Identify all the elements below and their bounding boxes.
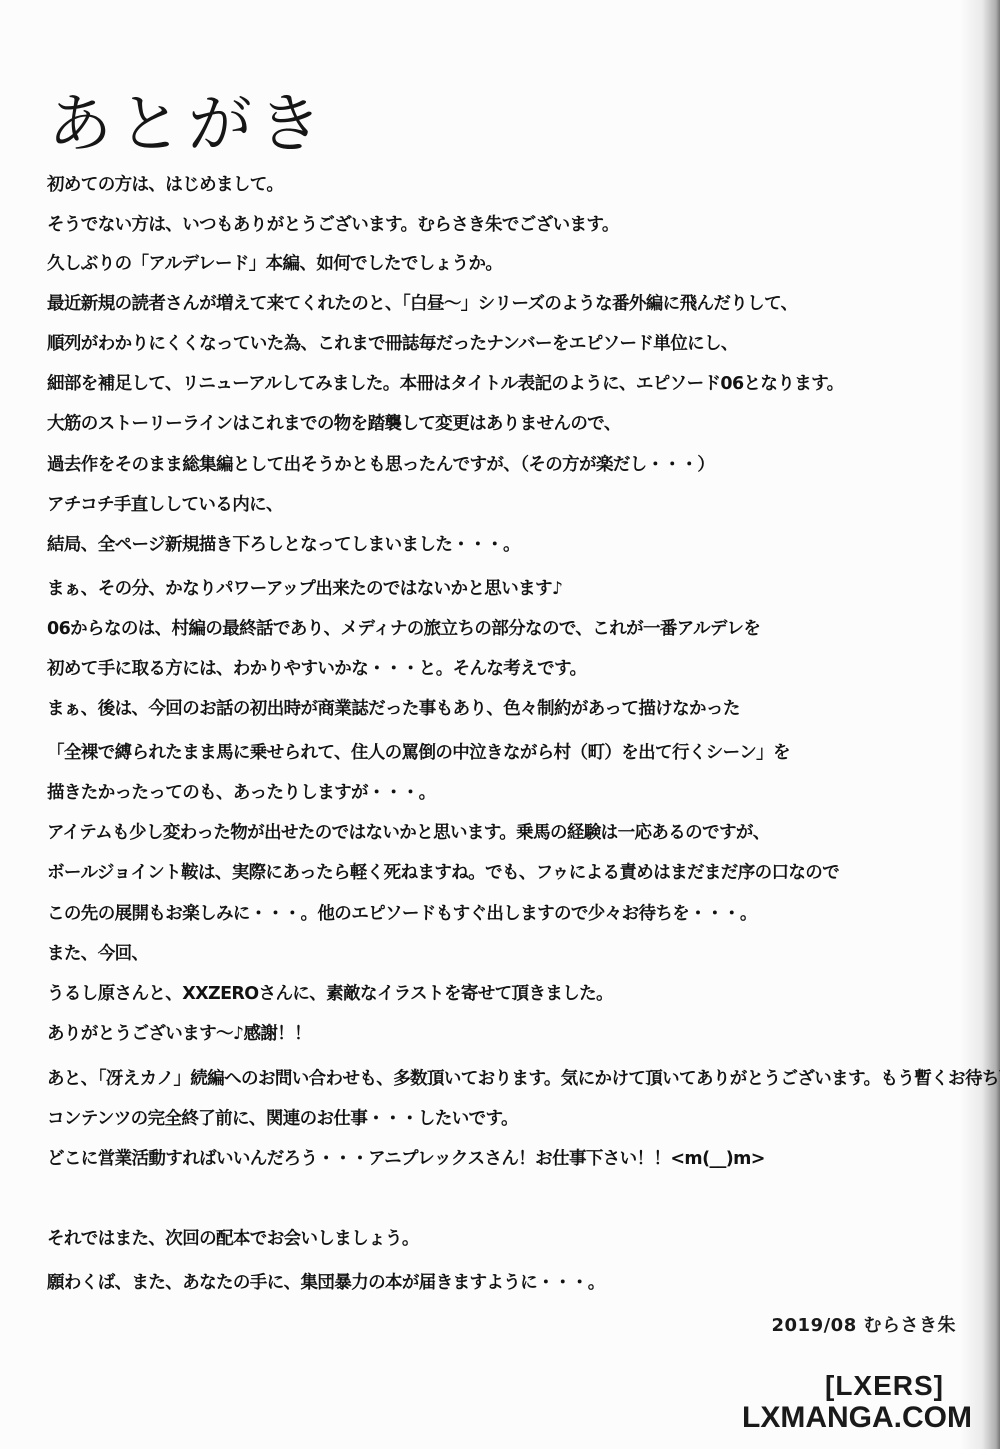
body-line: 願わくば、また、あなたの手に、集団暴力の本が届きますように・・・。: [47, 1268, 605, 1298]
body-line: 最近新規の読者さんが増えて来てくれたのと、「白昼～」シリーズのような番外編に飛ん…: [47, 289, 798, 319]
body-line: アチコチ手直ししている内に、: [47, 490, 283, 520]
body-line: 描きたかったってのも、あったりしますが・・・。: [47, 778, 436, 808]
body-line: 細部を補足して、リニューアルしてみました。本冊はタイトル表記のように、エピソード…: [47, 369, 844, 399]
signature-date-author: 2019/08 むらさき朱: [772, 1311, 957, 1337]
body-line: また、今回、: [47, 939, 148, 969]
body-line: あと、「冴えカノ」続編へのお問い合わせも、多数頂いております。気にかけて頂いてあ…: [47, 1064, 1000, 1094]
body-line: 順列がわかりにくくなっていた為、これまで冊誌毎だったナンバーをエピソード単位にし…: [47, 329, 738, 359]
body-line: まぁ、その分、かなりパワーアップ出来たのではないかと思います♪: [47, 574, 562, 604]
body-line: 「全裸で縛られたまま馬に乗せられて、住人の罵倒の中泣きながら村（町）を出て行くシ…: [47, 738, 790, 768]
watermark: [LXERS] LXMANGA.COM: [742, 1370, 972, 1434]
page-title: あとがき: [48, 85, 328, 165]
body-line: ボールジョイント鞍は、実際にあったら軽く死ねますね。でも、フゥによる責めはまだま…: [47, 858, 839, 888]
body-line: 過去作をそのまま総集編として出そうかとも思ったんですが、（その方が楽だし・・・）: [47, 450, 714, 480]
watermark-group-name: [LXERS]: [742, 1370, 972, 1402]
body-line: 06からなのは、村編の最終話であり、メディナの旅立ちの部分なので、これが一番アル…: [47, 614, 760, 644]
body-line: 結局、全ページ新規描き下ろしとなってしまいました・・・。: [47, 530, 520, 560]
body-line: 初めて手に取る方には、わかりやすいかな・・・と。そんな考えです。: [47, 654, 586, 684]
body-line: 初めての方は、はじめまして。: [47, 170, 283, 200]
body-line: コンテンツの完全終了前に、関連のお仕事・・・したいです。: [47, 1104, 518, 1134]
body-line: ありがとうございます～♪感謝！！: [47, 1019, 311, 1049]
body-line: それではまた、次回の配本でお会いしましょう。: [47, 1224, 419, 1254]
body-line: まぁ、後は、今回のお話の初出時が商業誌だった事もあり、色々制約があって描けなかっ…: [47, 694, 740, 724]
page-gutter-shadow: [960, 0, 1000, 1449]
body-line: そうでない方は、いつもありがとうございます。むらさき朱でございます。: [47, 210, 619, 240]
body-line: アイテムも少し変わった物が出せたのではないかと思います。乗馬の経験は一応あるので…: [47, 818, 770, 848]
body-line: どこに営業活動すればいいんだろう・・・アニプレックスさん！お仕事下さい！！<m(…: [47, 1144, 765, 1174]
body-line: この先の展開もお楽しみに・・・。他のエピソードもすぐ出しますので少々お待ちを・・…: [47, 899, 757, 929]
body-line: 大筋のストーリーラインはこれまでの物を踏襲して変更はありませんので、: [47, 409, 621, 439]
body-line: うるし原さんと、XXZEROさんに、素敵なイラストを寄せて頂きました。: [47, 979, 613, 1009]
body-line: 久しぶりの「アルデレード」本編、如何でしたでしょうか。: [47, 249, 502, 279]
watermark-site: LXMANGA.COM: [742, 1402, 972, 1434]
